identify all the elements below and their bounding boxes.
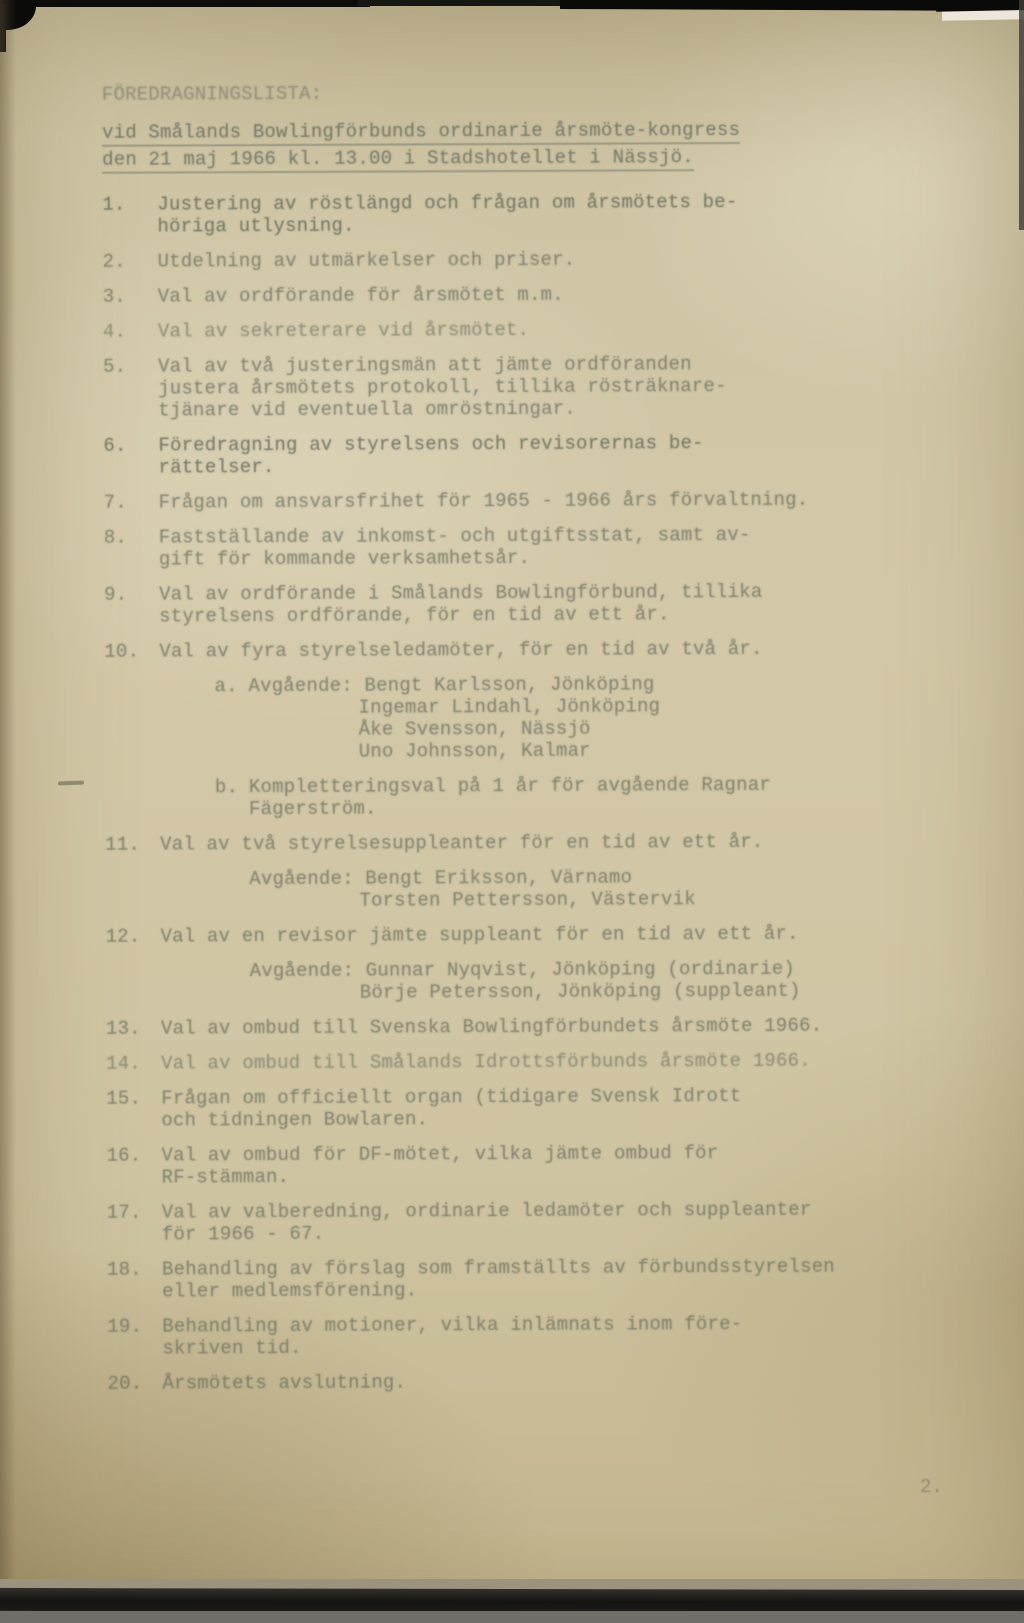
text-line: rättelser. bbox=[158, 453, 962, 479]
text-line: och tidningen Bowlaren. bbox=[161, 1106, 965, 1132]
agenda-subitem: a.Avgående: Bengt Karlsson, JönköpingIng… bbox=[214, 672, 963, 763]
text-line: tjänare vid eventuella omröstningar. bbox=[158, 396, 962, 422]
agenda-item-text: Val av en revisor jämte suppleant för en… bbox=[160, 922, 964, 1005]
agenda-item-text: Frågan om ansvarsfrihet för 1965 - 1966 … bbox=[159, 488, 963, 514]
agenda-item-text: Val av sekreterare vid årsmötet. bbox=[158, 317, 962, 343]
agenda-item: 15.Frågan om officiellt organ (tidigare … bbox=[106, 1084, 965, 1132]
agenda-subitem-text: Avgående: Bengt Eriksson, VärnamoTorsten… bbox=[249, 865, 964, 912]
text-line: Åke Svensson, Nässjö bbox=[359, 716, 964, 741]
text-line: Kompletteringsval på 1 år för avgående R… bbox=[249, 773, 964, 798]
agenda-item-number: 19. bbox=[107, 1316, 162, 1360]
agenda-item-number: 13. bbox=[106, 1018, 161, 1040]
document-title-line1: vid Smålands Bowlingförbunds ordinarie å… bbox=[102, 119, 740, 147]
agenda-item-number: 5. bbox=[103, 356, 158, 422]
agenda-item-number: 20. bbox=[107, 1373, 162, 1395]
agenda-item: 7.Frågan om ansvarsfrihet för 1965 - 196… bbox=[104, 488, 963, 514]
agenda-item: 11.Val av två styrelsesuppleanter för en… bbox=[105, 830, 964, 913]
text-line: för 1966 - 67. bbox=[162, 1220, 966, 1246]
text-line: Årsmötets avslutning. bbox=[162, 1369, 966, 1395]
text-line: Uno Johnsson, Kalmar bbox=[359, 738, 964, 763]
text-line: Val av ombud till Svenska Bowlingförbund… bbox=[161, 1014, 965, 1040]
agenda-item: 6.Föredragning av styrelsens och revisor… bbox=[103, 431, 962, 479]
agenda-item: 4.Val av sekreterare vid årsmötet. bbox=[103, 317, 962, 343]
agenda-item-text: Val av ordförande för årsmötet m.m. bbox=[158, 282, 962, 308]
agenda-item: 9.Val av ordförande i Smålands Bowlingfö… bbox=[104, 580, 963, 628]
agenda-item-text: Justering av röstlängd och frågan om års… bbox=[157, 190, 961, 238]
text-line: Val av ordförande för årsmötet m.m. bbox=[158, 282, 962, 308]
typewritten-content: FÖREDRAGNINGSLISTA: vid Smålands Bowling… bbox=[0, 0, 1024, 1623]
text-line: Torsten Pettersson, Västervik bbox=[359, 887, 964, 912]
scan-artifact-bottom-dark-band bbox=[0, 1588, 1024, 1613]
agenda-item: 8.Fastställande av inkomst- och utgiftss… bbox=[104, 523, 963, 571]
agenda-item: 18.Behandling av förslag som framställts… bbox=[107, 1255, 966, 1303]
text-line: Avgående: Bengt Eriksson, Värnamo bbox=[249, 865, 964, 890]
text-line: Ingemar Lindahl, Jönköping bbox=[358, 694, 963, 719]
agenda-item-text: Årsmötets avslutning. bbox=[162, 1369, 966, 1395]
text-line: Avgående: Gunnar Nyqvist, Jönköping (ord… bbox=[250, 957, 965, 982]
agenda-item: 1.Justering av röstlängd och frågan om å… bbox=[102, 190, 961, 238]
agenda-item: 17.Val av valberedning, ordinarie ledamö… bbox=[107, 1198, 966, 1246]
agenda-item-number: 10. bbox=[104, 641, 160, 821]
agenda-item-text: Behandling av förslag som framställts av… bbox=[162, 1255, 966, 1303]
agenda-subitem-text: Kompletteringsval på 1 år för avgående R… bbox=[249, 773, 964, 820]
document-heading: FÖREDRAGNINGSLISTA: bbox=[102, 80, 961, 106]
text-line: RF-stämman. bbox=[162, 1163, 966, 1189]
text-line: eller medlemsförening. bbox=[162, 1277, 966, 1303]
agenda-item-number: 1. bbox=[102, 194, 157, 238]
agenda-item-number: 15. bbox=[106, 1088, 161, 1132]
agenda-item-text: Val av valberedning, ordinarie ledamöter… bbox=[162, 1198, 966, 1246]
scan-artifact-left-shadow bbox=[0, 0, 16, 1623]
text-line: Val av två styrelsesuppleanter för en ti… bbox=[160, 830, 964, 856]
agenda-subitem-label: b. bbox=[215, 776, 249, 820]
agenda-item-text: Val av fyra styrelseledamöter, för en ti… bbox=[159, 637, 964, 821]
agenda-item-number: 9. bbox=[104, 584, 159, 628]
text-line: höriga utlysning. bbox=[157, 212, 961, 238]
agenda-item-text: Föredragning av styrelsens och revisorer… bbox=[158, 431, 962, 479]
agenda-item-text: Val av ordförande i Smålands Bowlingförb… bbox=[159, 580, 963, 628]
scan-artifact-right-edge-line bbox=[1019, 0, 1024, 230]
agenda-item: 16.Val av ombud för DF-mötet, vilka jämt… bbox=[106, 1141, 965, 1189]
agenda-item-text: Val av ombud för DF-mötet, vilka jämte o… bbox=[161, 1141, 965, 1189]
agenda-item: 5.Val av två justeringsmän att jämte ord… bbox=[103, 352, 962, 422]
agenda-subitem: Avgående: Bengt Eriksson, VärnamoTorsten… bbox=[215, 865, 964, 912]
document-title: vid Smålands Bowlingförbunds ordinarie å… bbox=[102, 118, 961, 176]
agenda-item-number: 6. bbox=[103, 435, 158, 479]
agenda-item: 3.Val av ordförande för årsmötet m.m. bbox=[103, 282, 962, 308]
agenda-item: 19.Behandling av motioner, vilka inlämna… bbox=[107, 1312, 966, 1360]
agenda-item-text: Val av ombud till Svenska Bowlingförbund… bbox=[161, 1014, 965, 1040]
text-line: gift för kommande verksamhetsår. bbox=[159, 545, 963, 571]
agenda-item-number: 18. bbox=[107, 1259, 162, 1303]
agenda-subitem-label bbox=[216, 960, 250, 1004]
agenda-item-text: Fastställande av inkomst- och utgiftssta… bbox=[159, 523, 963, 571]
agenda-item: 10.Val av fyra styrelseledamöter, för en… bbox=[104, 637, 964, 821]
agenda-item-number: 7. bbox=[104, 492, 159, 514]
text-line: styrelsens ordförande, för en tid av ett… bbox=[159, 602, 963, 628]
agenda-item-number: 8. bbox=[104, 527, 159, 571]
agenda-item-text: Val av två styrelsesuppleanter för en ti… bbox=[160, 830, 964, 913]
agenda-item-number: 2. bbox=[103, 251, 158, 273]
scan-artifact-bottom-gray-band bbox=[0, 1611, 1024, 1623]
agenda-item-text: Utdelning av utmärkelser och priser. bbox=[158, 247, 962, 273]
agenda-item-number: 14. bbox=[106, 1053, 161, 1075]
agenda-subitem-text: Avgående: Gunnar Nyqvist, Jönköping (ord… bbox=[250, 957, 965, 1004]
agenda-subitem: b.Kompletteringsval på 1 år för avgående… bbox=[215, 773, 964, 820]
agenda-item: 12.Val av en revisor jämte suppleant för… bbox=[105, 922, 964, 1005]
scanned-document-page: FÖREDRAGNINGSLISTA: vid Smålands Bowling… bbox=[0, 0, 1024, 1623]
agenda-item-text: Val av ombud till Smålands Idrottsförbun… bbox=[161, 1049, 965, 1075]
agenda-item-number: 3. bbox=[103, 286, 158, 308]
page-number: 2. bbox=[920, 1476, 943, 1498]
agenda-item-number: 17. bbox=[107, 1202, 162, 1246]
text-line: Val av sekreterare vid årsmötet. bbox=[158, 317, 962, 343]
agenda-item-text: Frågan om officiellt organ (tidigare Sve… bbox=[161, 1084, 965, 1132]
agenda-item-number: 11. bbox=[105, 834, 160, 913]
agenda-subitem-label: a. bbox=[214, 675, 248, 763]
agenda-subitem-text: Avgående: Bengt Karlsson, JönköpingIngem… bbox=[248, 672, 963, 763]
document-title-line2: den 21 maj 1966 kl. 13.00 i Stadshotelle… bbox=[102, 146, 694, 174]
text-line: Börje Petersson, Jönköping (suppleant) bbox=[360, 979, 965, 1004]
agenda-item: 20.Årsmötets avslutning. bbox=[107, 1369, 966, 1395]
scan-artifact-top-right-corner bbox=[936, 0, 1024, 12]
agenda-item: 13.Val av ombud till Svenska Bowlingförb… bbox=[106, 1014, 965, 1040]
agenda-item: 14.Val av ombud till Smålands Idrottsför… bbox=[106, 1049, 965, 1075]
text-line: skriven tid. bbox=[162, 1334, 966, 1360]
agenda-item-number: 12. bbox=[105, 926, 160, 1005]
text-line: Avgående: Bengt Karlsson, Jönköping bbox=[248, 672, 963, 697]
agenda-subitem: Avgående: Gunnar Nyqvist, Jönköping (ord… bbox=[216, 957, 965, 1004]
text-line: Val av en revisor jämte suppleant för en… bbox=[160, 922, 964, 948]
text-line: Val av ombud till Smålands Idrottsförbun… bbox=[161, 1049, 965, 1075]
text-line: Utdelning av utmärkelser och priser. bbox=[158, 247, 962, 273]
agenda-list: 1.Justering av röstlängd och frågan om å… bbox=[102, 190, 966, 1395]
agenda-item: 2.Utdelning av utmärkelser och priser. bbox=[103, 247, 962, 273]
agenda-item-text: Val av två justeringsmän att jämte ordfö… bbox=[158, 352, 962, 422]
text-line: Val av fyra styrelseledamöter, för en ti… bbox=[159, 637, 963, 663]
agenda-item-number: 16. bbox=[106, 1145, 161, 1189]
agenda-item-number: 4. bbox=[103, 321, 158, 343]
scan-artifact-top-bar-left bbox=[0, 0, 370, 7]
text-line: Frågan om ansvarsfrihet för 1965 - 1966 … bbox=[159, 488, 963, 514]
agenda-subitem-label bbox=[215, 868, 249, 912]
agenda-item-text: Behandling av motioner, vilka inlämnats … bbox=[162, 1312, 966, 1360]
text-line: Fägerström. bbox=[249, 795, 964, 820]
